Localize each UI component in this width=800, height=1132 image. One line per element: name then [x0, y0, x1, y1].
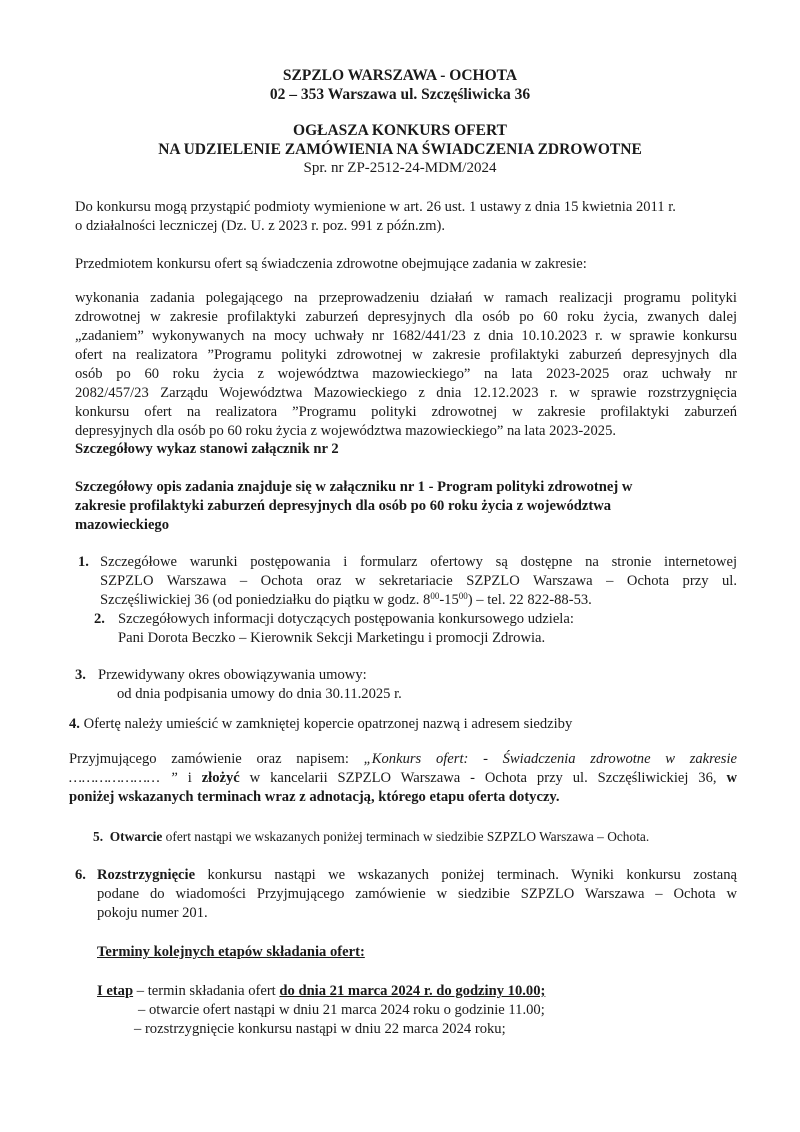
- item-4-line-4: poniżej wskazanych terminach wraz z adno…: [69, 789, 560, 806]
- task-line: zdrowotnej w zakresie profilaktyki zabur…: [75, 309, 737, 326]
- announcement-subtitle: NA UDZIELENIE ZAMÓWIENIA NA ŚWIADCZENIA …: [0, 141, 800, 159]
- item-4-line-3: ………………… ” i złożyć w kancelarii SZPZLO W…: [69, 770, 737, 787]
- task-line: konkursu ofert na realizatora ”Programu …: [75, 404, 737, 421]
- item-3-number: 3.: [75, 667, 86, 684]
- item-5-number: 5.: [93, 829, 103, 844]
- stage-1-text: – termin składania ofert: [133, 983, 279, 999]
- item-4-line-2: Przyjmującego zamówienie oraz napisem: „…: [69, 751, 737, 768]
- task-line: 2082/457/23 Zarządu Województwa Mazowiec…: [75, 385, 737, 402]
- stage-1-opening: – otwarcie ofert nastąpi w dniu 21 marca…: [138, 1002, 545, 1019]
- item-2-line: Szczegółowych informacji dotyczących pos…: [118, 611, 574, 628]
- item-4-text: w kancelarii SZPZLO Warszawa - Ochota pr…: [240, 770, 727, 786]
- item-6-line-1: Rozstrzygnięcie konkursu nastąpi we wska…: [97, 867, 737, 884]
- item-4-text: Przyjmującego zamówienie oraz napisem:: [69, 751, 364, 767]
- item-2-contact: Pani Dorota Beczko – Kierownik Sekcji Ma…: [118, 630, 545, 647]
- task-line: depresyjnych dla osób po 60 roku życia z…: [75, 423, 616, 440]
- detail-description-line: zakresie profilaktyki zaburzeń depresyjn…: [75, 498, 611, 515]
- document-page: SZPZLO WARSZAWA - OCHOTA 02 – 353 Warsza…: [0, 0, 800, 1132]
- item-6-line-2: podane do wiadomości Przyjmującego zamów…: [97, 886, 737, 903]
- hour-start-sup: 00: [430, 591, 439, 601]
- stage-1-deadline-line: I etap – termin składania ofert do dnia …: [97, 983, 545, 1000]
- item-6-number: 6.: [75, 867, 86, 884]
- item-1-number: 1.: [78, 554, 89, 571]
- item-1-line: SZPZLO Warszawa – Ochota oraz w sekretar…: [100, 573, 737, 590]
- item-4-submit-verb: złożyć: [202, 770, 240, 786]
- item-6-text: konkursu nastąpi we wskazanych poniżej t…: [195, 867, 737, 883]
- intro-line-1: Do konkursu mogą przystąpić podmioty wym…: [75, 199, 676, 216]
- item-4-text-bold: w: [726, 770, 737, 786]
- task-line: wykonania zadania polegającego na przepr…: [75, 290, 737, 307]
- detail-description-line: Szczegółowy opis zadania znajduje się w …: [75, 479, 632, 496]
- intro-line-2: o działalności leczniczej (Dz. U. z 2023…: [75, 218, 445, 235]
- case-number: Spr. nr ZP-2512-24-MDM/2024: [0, 160, 800, 177]
- task-line: „zadaniem” wykonywanych na mocy uchwały …: [75, 328, 737, 345]
- item-1-line-3: Szczęśliwickiej 36 (od poniedziałku do p…: [100, 592, 592, 609]
- attachment-note: Szczegółowy wykaz stanowi załącznik nr 2: [75, 441, 339, 458]
- schedule-heading: Terminy kolejnych etapów składania ofert…: [97, 944, 365, 961]
- task-line: ofert na realizatora ”Programu polityki …: [75, 347, 737, 364]
- hour-end-sup: 00: [459, 591, 468, 601]
- announcement-title: OGŁASZA KONKURS OFERT: [0, 122, 800, 140]
- item-5-text: ofert nastąpi we wskazanych poniżej term…: [162, 829, 649, 844]
- stage-1-deadline: do dnia 21 marca 2024 r. do godziny 10.0…: [279, 983, 545, 999]
- item-4-number: 4.: [69, 716, 80, 732]
- item-6-line-3: pokoju numer 201.: [97, 905, 208, 922]
- subject-line: Przedmiotem konkursu ofert są świadczeni…: [75, 256, 587, 273]
- stage-1-resolution: – rozstrzygnięcie konkursu nastąpi w dni…: [134, 1021, 506, 1038]
- item-3-line: Przewidywany okres obowiązywania umowy:: [98, 667, 367, 684]
- item-4-inscription: „Konkurs ofert: - Świadczenia zdrowotne …: [364, 751, 737, 767]
- org-address: 02 – 353 Warszawa ul. Szczęśliwicka 36: [0, 86, 800, 104]
- item-1-phone: ) – tel. 22 822-88-53.: [468, 592, 592, 608]
- org-name: SZPZLO WARSZAWA - OCHOTA: [0, 67, 800, 85]
- item-1-line: Szczegółowe warunki postępowania i formu…: [100, 554, 737, 571]
- item-5-bold: Otwarcie: [110, 829, 163, 844]
- item-2-number: 2.: [94, 611, 105, 628]
- item-5: 5. Otwarcie ofert nastąpi we wskazanych …: [93, 829, 649, 845]
- item-3-period: od dnia podpisania umowy do dnia 30.11.2…: [117, 686, 402, 703]
- item-4-text: i: [178, 770, 202, 786]
- item-1-hours-mid: -15: [439, 592, 458, 608]
- stage-1-label: I etap: [97, 983, 133, 999]
- item-4-inscription-blank: ………………… ”: [69, 770, 178, 786]
- item-1-hours-text: Szczęśliwickiej 36 (od poniedziałku do p…: [100, 592, 430, 608]
- task-line: osób po 60 roku życia z województwa mazo…: [75, 366, 737, 383]
- item-4-text: Ofertę należy umieścić w zamkniętej kope…: [84, 716, 573, 732]
- item-4-line-1: 4. Ofertę należy umieścić w zamkniętej k…: [69, 716, 572, 733]
- detail-description-line: mazowieckiego: [75, 517, 169, 534]
- item-6-bold: Rozstrzygnięcie: [97, 867, 195, 883]
